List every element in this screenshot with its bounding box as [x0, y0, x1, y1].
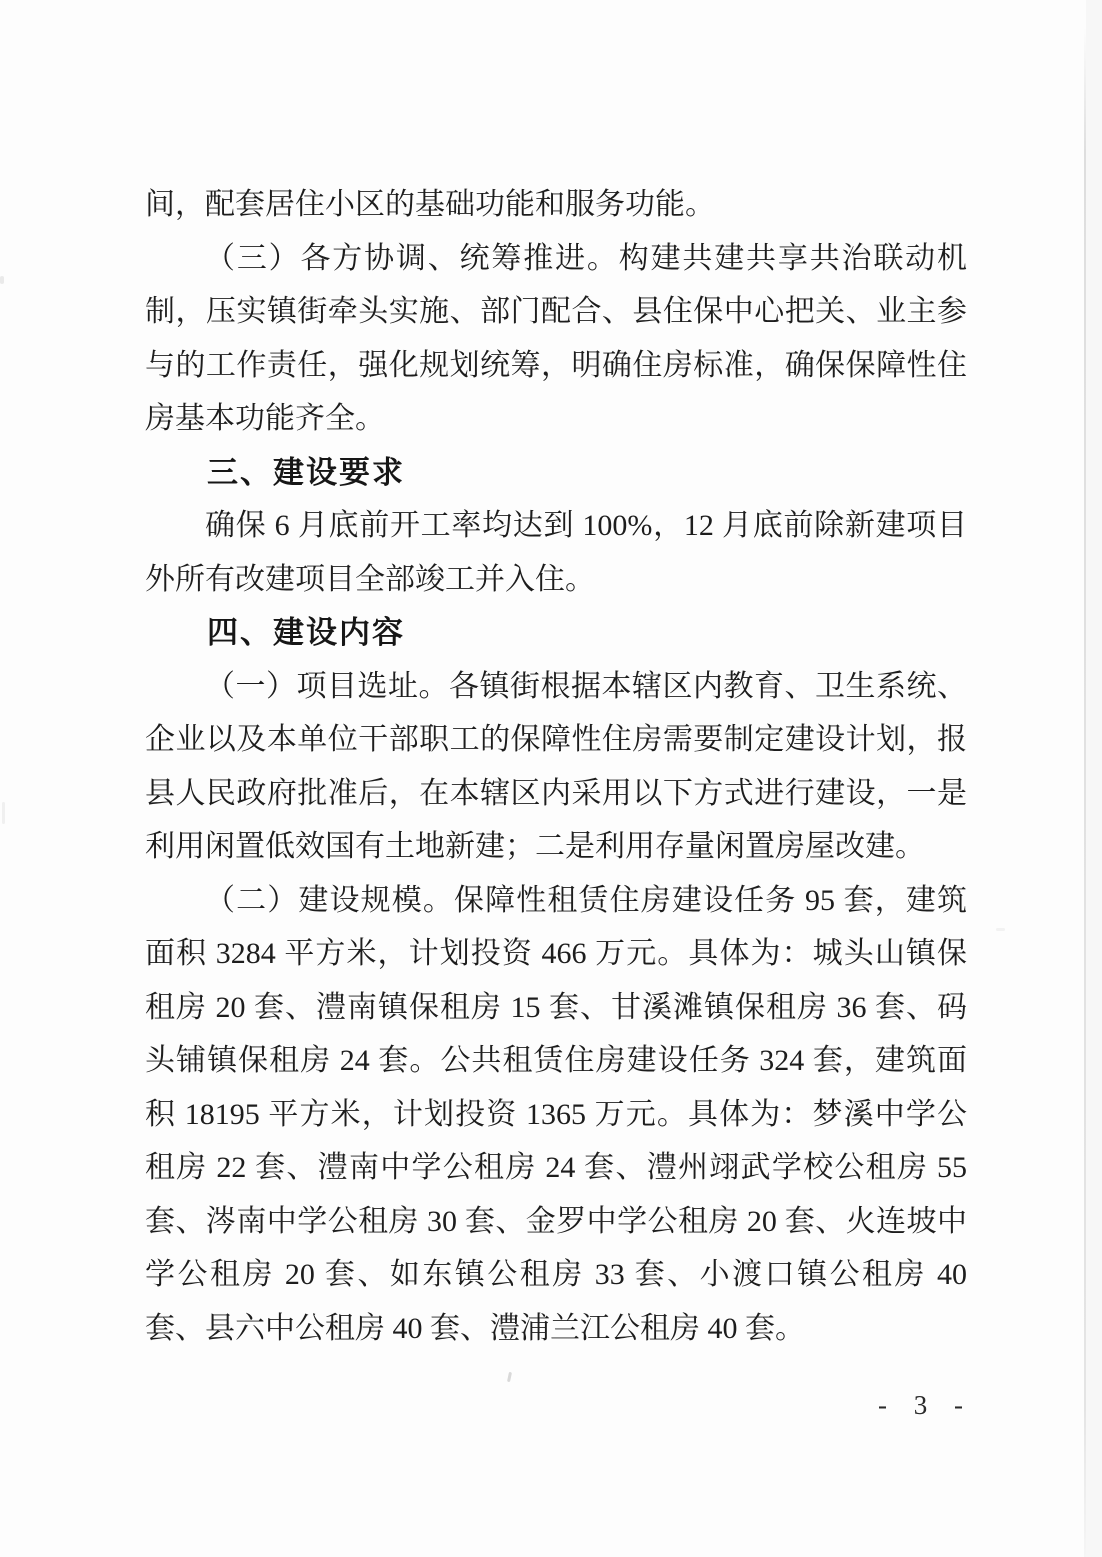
section-heading-construction-requirements: 三、建设要求	[145, 446, 967, 500]
scan-edge-line	[1084, 28, 1086, 1557]
paragraph-item-3-coordination: （三）各方协调、统筹推进。构建共建共享共治联动机制，压实镇街牵头实施、部门配合、…	[145, 232, 967, 446]
scan-artifact	[507, 1372, 512, 1382]
page-number: - 3 -	[878, 1390, 973, 1421]
scan-artifact	[0, 276, 4, 284]
scan-artifact	[2, 802, 5, 824]
paragraph-item-2-construction-scale: （二）建设规模。保障性租赁住房建设任务 95 套，建筑面积 3284 平方米，计…	[145, 874, 967, 1356]
document-body: 间，配套居住小区的基础功能和服务功能。 （三）各方协调、统筹推进。构建共建共享共…	[145, 178, 967, 1355]
scan-artifact	[996, 928, 1005, 931]
paragraph-item-1-site-selection: （一）项目选址。各镇街根据本辖区内教育、卫生系统、企业以及本单位干部职工的保障性…	[145, 660, 967, 874]
paragraph-construction-requirements: 确保 6 月底前开工率均达到 100%，12 月底前除新建项目外所有改建项目全部…	[145, 499, 967, 606]
section-heading-construction-content: 四、建设内容	[145, 606, 967, 660]
paragraph-continuation: 间，配套居住小区的基础功能和服务功能。	[145, 178, 967, 232]
scanned-document-page: 间，配套居住小区的基础功能和服务功能。 （三）各方协调、统筹推进。构建共建共享共…	[0, 0, 1102, 1557]
scan-edge-shadow	[1086, 0, 1102, 1557]
